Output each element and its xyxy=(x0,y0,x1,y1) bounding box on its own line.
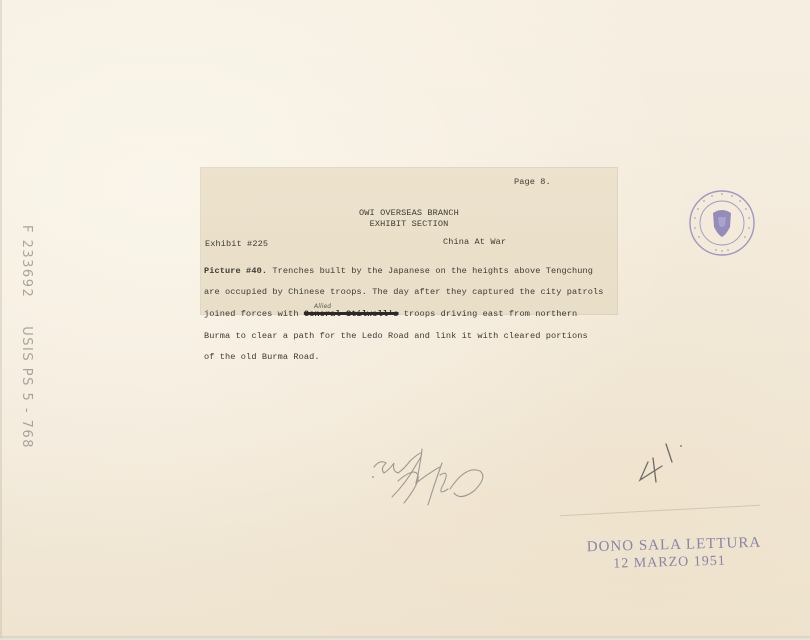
paper-left-edge xyxy=(0,0,2,640)
caption-text: Picture #40. Trenches built by the Japan… xyxy=(204,255,614,374)
organization-heading: OWI OVERSEAS BRANCH xyxy=(201,208,617,219)
pencil-signature xyxy=(370,445,520,520)
round-library-stamp xyxy=(688,189,756,257)
handwritten-insertion: Allied xyxy=(314,302,331,313)
page-number: Page 8. xyxy=(514,177,551,188)
shield-emblem-icon xyxy=(688,189,756,257)
handwritten-number-icon xyxy=(636,436,696,486)
caption-line-4: Burma to clear a path for the Ledo Road … xyxy=(204,331,614,342)
picture-number: Picture #40. xyxy=(204,266,267,276)
section-heading: EXHIBIT SECTION xyxy=(201,219,617,230)
donation-date-stamp: DONO SALA LETTURA 12 MARZO 1951 xyxy=(587,534,762,575)
caption-line-2: are occupied by Chinese troops. The day … xyxy=(204,287,614,298)
caption-line-5: of the old Burma Road. xyxy=(204,352,614,363)
pencil-id-number: F 233692 xyxy=(19,225,34,298)
caption-line-3: joined forces with General Stilwell'sAll… xyxy=(204,309,614,320)
series-title: China At War xyxy=(443,237,506,248)
signature-icon xyxy=(370,445,520,515)
pencil-mark-41 xyxy=(636,436,696,491)
pencil-catalog-numbers: F 233692USIS PS 5 - 768 xyxy=(19,225,34,465)
paper-bottom-edge xyxy=(0,636,810,640)
pencil-reference-number: USIS PS 5 - 768 xyxy=(19,326,34,449)
caption-label: Page 8. OWI OVERSEAS BRANCH EXHIBIT SECT… xyxy=(201,168,617,314)
exhibit-number: Exhibit #225 xyxy=(205,239,268,250)
caption-line-1: Picture #40. Trenches built by the Japan… xyxy=(204,266,614,277)
